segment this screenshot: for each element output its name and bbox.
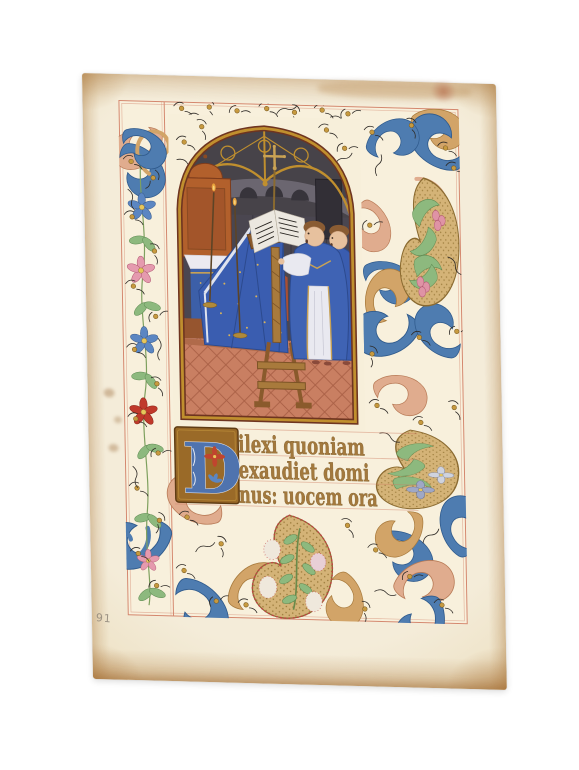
foxing-spot <box>114 416 122 423</box>
red-stain <box>430 80 456 102</box>
alb <box>307 286 332 360</box>
miniature-choir-scene <box>168 114 366 432</box>
pencil-inscription: 91 <box>96 611 112 625</box>
photo-scene: D ilexi quoniam exaudiet domi nus: uocem… <box>0 0 579 770</box>
text-block: D ilexi quoniam exaudiet domi nus: uocem… <box>172 424 423 514</box>
sleeve <box>283 253 311 276</box>
verse-line-3: nus: uocem ora <box>239 481 378 513</box>
foxing-spot <box>104 388 115 397</box>
initial-letter: D <box>181 428 243 511</box>
foxing-spot <box>109 444 119 452</box>
manuscript-leaf: D ilexi quoniam exaudiet domi nus: uocem… <box>82 73 507 690</box>
edge-stain <box>318 80 472 100</box>
illuminated-initial: D <box>175 427 244 511</box>
